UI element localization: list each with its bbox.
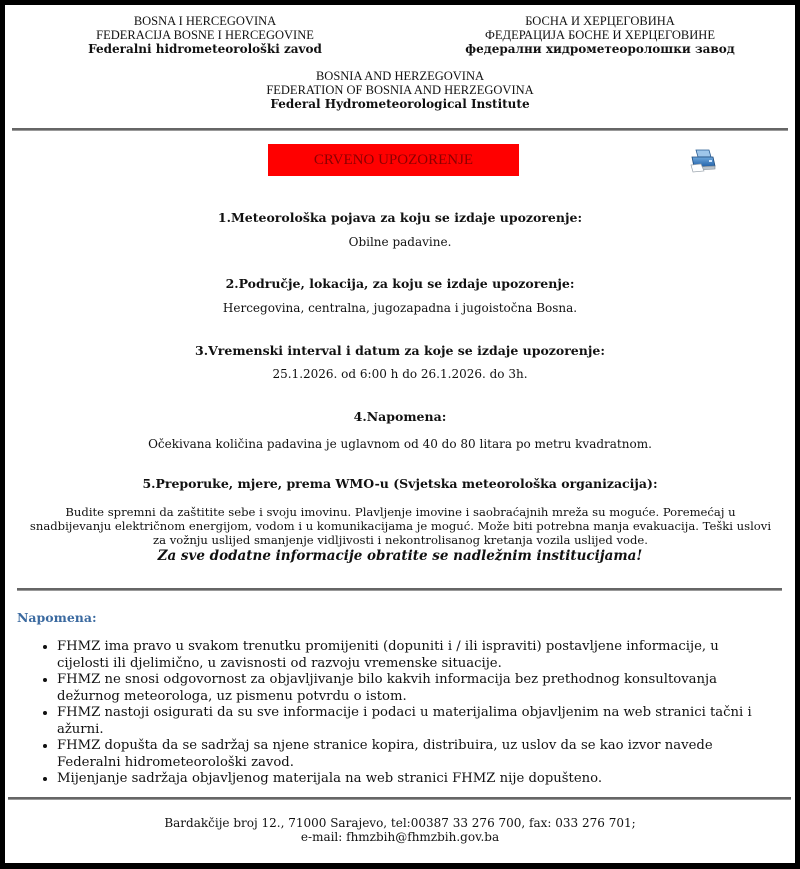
disclaimer-label: Napomena: — [17, 610, 97, 625]
header-latin: BOSNA I HERCEGOVINA FEDERACIJA BOSNE I H… — [55, 14, 355, 56]
section-recommendations-text: Budite spremni da zaštitite sebe i svoju… — [23, 505, 778, 547]
header-federation-latin: FEDERACIJA BOSNE I HERCEGOVINE — [55, 28, 355, 42]
header-english: BOSNIA AND HERZEGOVINA FEDERATION OF BOS… — [200, 69, 600, 111]
header-federation-english: FEDERATION OF BOSNIA AND HERZEGOVINA — [200, 83, 600, 97]
section-phenomenon-text: Obilne padavine. — [5, 235, 795, 249]
printer-icon[interactable] — [689, 148, 717, 174]
header-institute-cyrillic: федерални хидрометеоролошки завод — [445, 42, 755, 56]
disclaimer-item: FHMZ ima pravo u svakom trenutku promije… — [57, 639, 762, 672]
header-country-cyrillic: БОСНА И ХЕРЦЕГОВИНА — [445, 14, 755, 28]
header-federation-cyrillic: ФЕДЕРАЦИЈА БОСНЕ И ХЕРЦЕГОВИНЕ — [445, 28, 755, 42]
section-interval-text: 25.1.2026. od 6:00 h do 26.1.2026. do 3h… — [5, 367, 795, 381]
section-phenomenon-title: 1.Meteorološka pojava za koju se izdaje … — [5, 210, 795, 225]
disclaimer-item: FHMZ nastoji osigurati da su sve informa… — [57, 705, 762, 738]
warning-level-banner: CRVENO UPOZORENJE — [268, 144, 519, 176]
header-institute-english: Federal Hydrometeorological Institute — [200, 97, 600, 111]
disclaimer-item: Mijenjanje sadržaja objavljenog materija… — [57, 771, 762, 788]
footer-divider — [8, 797, 791, 800]
footer: Bardakčije broj 12., 71000 Sarajevo, tel… — [5, 816, 795, 844]
header-cyrillic: БОСНА И ХЕРЦЕГОВИНА ФЕДЕРАЦИЈА БОСНЕ И Х… — [445, 14, 755, 56]
content-divider — [17, 588, 782, 591]
section-recommendations-title: 5.Preporuke, mjere, prema WMO-u (Svjetsk… — [5, 476, 795, 491]
disclaimer-item: FHMZ dopušta da se sadržaj sa njene stra… — [57, 738, 762, 771]
header-country-english: BOSNIA AND HERZEGOVINA — [200, 69, 600, 83]
section-area-text: Hercegovina, centralna, jugozapadna i ju… — [5, 301, 795, 315]
section-note-text: Očekivana količina padavina je uglavnom … — [5, 437, 795, 451]
header-divider — [12, 128, 788, 131]
warning-page: BOSNA I HERCEGOVINA FEDERACIJA BOSNE I H… — [5, 5, 795, 863]
closing-note: Za sve dodatne informacije obratite se n… — [5, 548, 795, 564]
section-note-title: 4.Napomena: — [5, 409, 795, 424]
header-country-latin: BOSNA I HERCEGOVINA — [55, 14, 355, 28]
footer-email[interactable]: e-mail: fhmzbih@fhmzbih.gov.ba — [5, 830, 795, 844]
header-institute-latin: Federalni hidrometeorološki zavod — [55, 42, 355, 56]
disclaimer-list: FHMZ ima pravo u svakom trenutku promije… — [17, 639, 762, 788]
disclaimer-item: FHMZ ne snosi odgovornost za objavljivan… — [57, 672, 762, 705]
footer-address: Bardakčije broj 12., 71000 Sarajevo, tel… — [5, 816, 795, 830]
section-interval-title: 3.Vremenski interval i datum za koje se … — [5, 343, 795, 358]
section-area-title: 2.Područje, lokacija, za koju se izdaje … — [5, 276, 795, 291]
